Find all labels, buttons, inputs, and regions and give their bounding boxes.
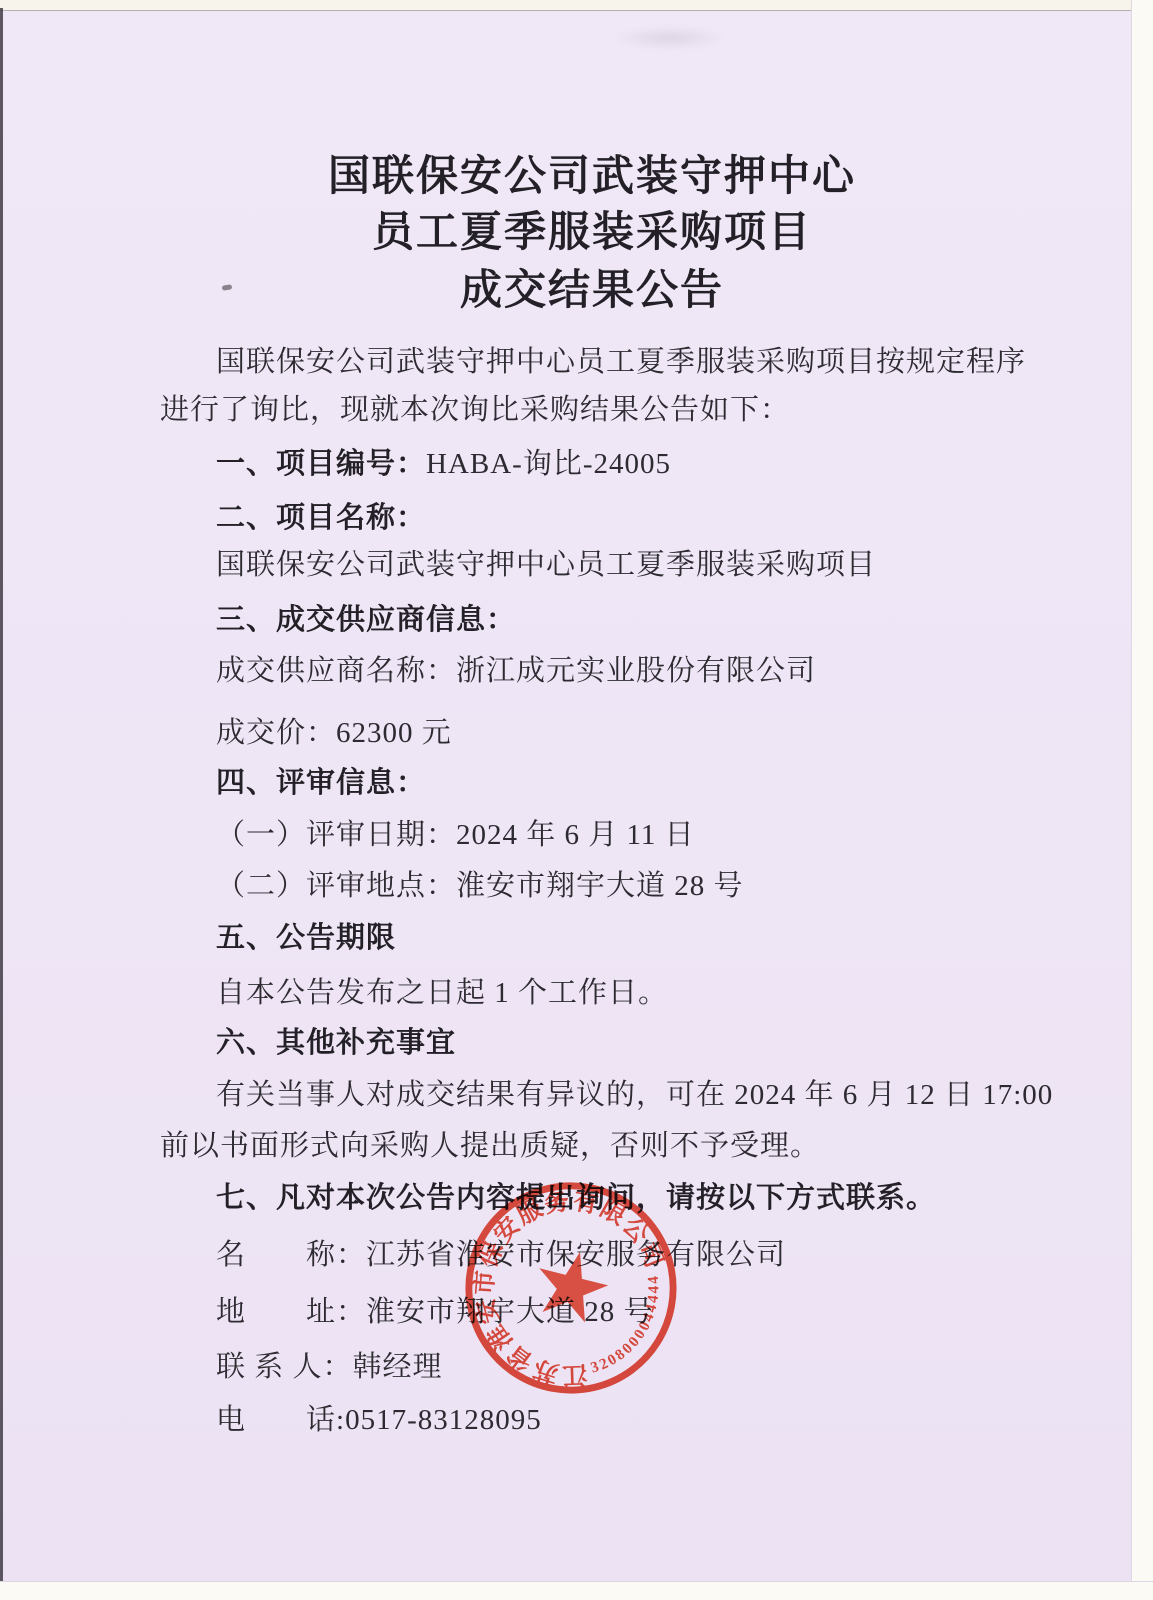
review-date-line: （一）评审日期：2024 年 6 月 11 日: [216, 816, 695, 854]
announcement-period-line: 自本公告发布之日起 1 个工作日。: [216, 974, 668, 1012]
objection-line2: 前以书面形式向采购人提出质疑，否则不予受理。: [160, 1127, 820, 1165]
project-name-heading: 二、项目名称：: [216, 502, 426, 534]
doc-title-line2: 员工夏季服装采购项目: [52, 207, 1132, 259]
section-announcement-period-label: 五、公告期限: [216, 919, 396, 957]
scanned-document-page: 国联保安公司武装守押中心 员工夏季服装采购项目 成交结果公告 国联保安公司武装守…: [0, 0, 1153, 1600]
announcement-period-heading: 五、公告期限: [216, 922, 396, 954]
project-number-value: HABA-询比-24005: [426, 448, 671, 480]
intro-line1: 国联保安公司武装守押中心员工夏季服装采购项目按规定程序: [216, 343, 1026, 381]
deal-price-line: 成交价：62300 元: [216, 714, 452, 752]
section-review-info-label: 四、评审信息：: [216, 764, 426, 802]
contact-phone-line: 电 话:0517-83128095: [216, 1401, 542, 1439]
supplier-info-heading: 三、成交供应商信息：: [216, 604, 516, 636]
section-project-name-label: 二、项目名称：: [216, 499, 426, 537]
review-place-line: （二）评审地点：淮安市翔宇大道 28 号: [216, 867, 744, 905]
contact-person-label: 联 系 人：: [216, 1351, 353, 1383]
section-other-matters-label: 六、其他补充事宜: [216, 1024, 456, 1062]
objection-line1: 有关当事人对成交结果有异议的，可在 2024 年 6 月 12 日 17:00: [216, 1076, 1053, 1114]
contact-person-line: 联 系 人：韩经理: [216, 1348, 443, 1386]
project-name-value: 国联保安公司武装守押中心员工夏季服装采购项目: [216, 546, 876, 584]
supplier-name-line: 成交供应商名称：浙江成元实业股份有限公司: [216, 652, 816, 690]
scanner-edge-bottom: [0, 1581, 1153, 1600]
other-matters-heading: 六、其他补充事宜: [216, 1027, 456, 1059]
contact-name-label: 名 称：: [216, 1239, 366, 1271]
doc-title-line3: 成交结果公告: [52, 265, 1132, 317]
intro-line2: 进行了询比，现就本次询比采购结果公告如下：: [160, 391, 790, 429]
doc-title-line1: 国联保安公司武装守押中心: [52, 151, 1132, 203]
contact-phone-value: 0517-83128095: [345, 1404, 542, 1436]
scanner-edge-left: [0, 8, 3, 1584]
section-supplier-info-label: 三、成交供应商信息：: [216, 601, 516, 639]
contact-person-value: 韩经理: [353, 1351, 443, 1383]
scan-smudge: [612, 26, 727, 50]
contact-address-label: 地 址：: [216, 1296, 366, 1328]
scanner-edge-right: [1131, 0, 1153, 1600]
review-info-heading: 四、评审信息：: [216, 767, 426, 799]
section-project-number: 一、项目编号：HABA-询比-24005: [216, 445, 671, 483]
section-project-number-label: 一、项目编号：: [216, 448, 426, 480]
scanner-edge-top: [0, 0, 1153, 11]
contact-phone-label: 电 话:: [216, 1404, 345, 1436]
star-icon: [521, 1238, 616, 1334]
